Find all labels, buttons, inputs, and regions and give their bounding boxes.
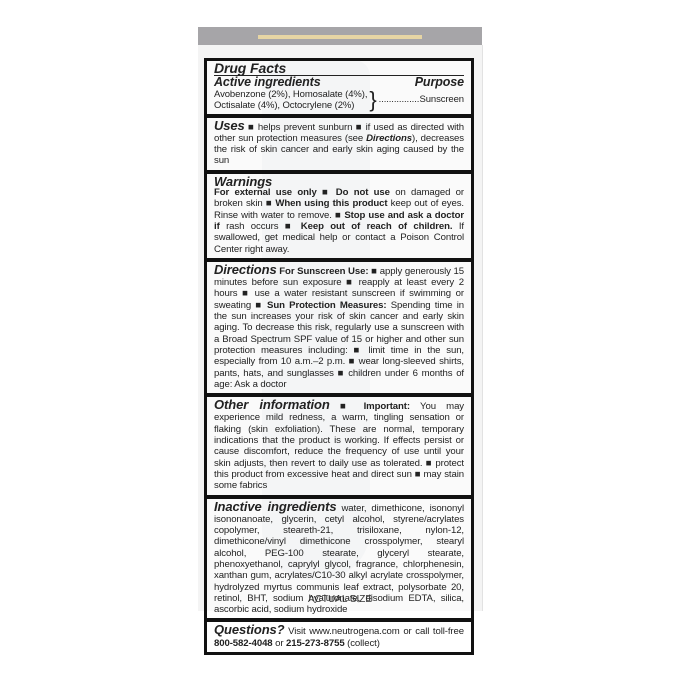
uses-heading: Uses [214,118,245,133]
q-t1: Visit www.neutrogena.com or call toll-fr… [285,626,464,637]
phone-2: 215-273-8755 [286,638,345,649]
drug-facts-panel: Drug Facts Active ingredients Purpose Av… [204,58,474,655]
warn-t3: rash occurs ■ [220,221,301,232]
dir-b2: Sun Protection Measures: [267,300,386,311]
brace-icon: } [369,90,376,110]
active-heading: Active ingredients [214,77,321,88]
q-t2: or [273,638,286,649]
other-b1: ■ Important: [330,401,410,412]
other-t1: You may experience mild redness, a warm,… [214,401,464,491]
warn-b4: Keep out of reach of children. [301,221,453,232]
active-section: Drug Facts Active ingredients Purpose Av… [207,61,471,114]
questions-heading: Questions? [214,622,285,637]
drug-facts-title: Drug Facts [214,63,464,76]
foil-stripe [258,35,422,39]
active-line-1: Avobenzone (2%), Homosalate (4%), [214,89,367,100]
dir-t2: Spending time in the sun increases your … [214,300,464,390]
uses-section: Uses ■ helps prevent sunburn ■ if used a… [207,114,471,170]
purpose-value: Sunscreen [419,94,464,105]
warnings-section: Warnings For external use only ■ Do not … [207,170,471,258]
other-heading: Other information [214,397,330,412]
leader-dots: .................. [379,94,420,105]
actual-size-label: ACTUAL SIZE [198,594,482,605]
warnings-heading: Warnings [214,176,464,187]
box-top-flap [198,27,482,46]
dir-b1: For Sunscreen Use: [277,266,369,277]
inactive-heading: Inactive ingredients [214,499,337,514]
phone-1: 800-582-4048 [214,638,273,649]
q-t3: (collect) [345,638,380,649]
directions-section: Directions For Sunscreen Use: ■ apply ge… [207,258,471,393]
warn-b2: When using this product [275,198,387,209]
questions-section: Questions? Visit www.neutrogena.com or c… [207,618,471,652]
warn-b1: For external use only ■ Do not use [214,187,390,198]
active-line-2: Octisalate (4%), Octocrylene (2%) [214,100,367,111]
directions-heading: Directions [214,262,277,277]
directions-ref: Directions [366,133,412,144]
purpose-heading: Purpose [415,77,464,88]
other-info-section: Other information ■ Important: You may e… [207,393,471,494]
